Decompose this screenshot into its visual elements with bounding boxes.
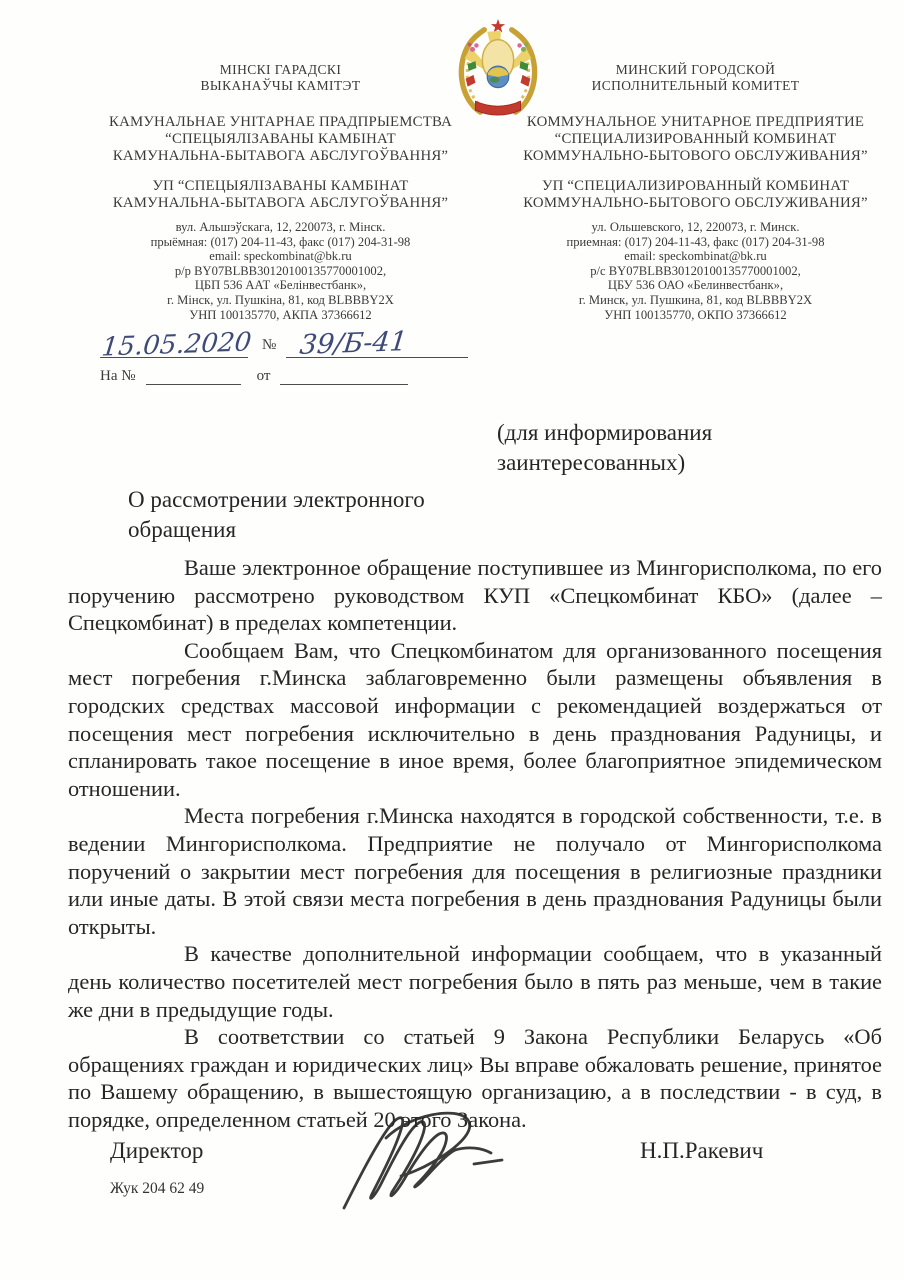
- executor-contact: Жук 204 62 49: [110, 1180, 204, 1198]
- address-line: ЦБУ 536 ОАО «Белинвестбанк»,: [498, 278, 893, 293]
- committee-line: ВЫКАНАЎЧЫ КАМІТЭТ: [83, 78, 478, 94]
- company-line: “СПЕЦЫЯЛІЗАВАНЫ КАМБІНАТ: [83, 131, 478, 148]
- address-line: прыёмная: (017) 204-11-43, факс (017) 20…: [83, 235, 478, 250]
- address-line: ЦБП 536 ААТ «Белінвестбанк»,: [83, 278, 478, 293]
- from-label: от: [257, 368, 271, 385]
- date-number-row: 15.05.2020№39/Б-41: [100, 326, 520, 362]
- note-line: заинтересованных): [497, 448, 712, 478]
- address-line: г. Мінск, ул. Пушкіна, 81, код BLBBBY2X: [83, 293, 478, 308]
- company-short-name-ru: УП “СПЕЦИАЛИЗИРОВАННЫЙ КОМБИНАТ КОММУНАЛ…: [498, 178, 893, 212]
- address-line: р/р BY07BLBB30120100135770001002,: [83, 264, 478, 279]
- date-underline: 15.05.2020: [100, 327, 248, 358]
- company-line: “СПЕЦИАЛИЗИРОВАННЫЙ КОМБИНАТ: [498, 131, 893, 148]
- company-line: КОММУНАЛЬНО-БЫТОВОГО ОБСЛУЖИВАНИЯ”: [498, 148, 893, 165]
- address-line: р/с BY07BLBB30120100135770001002,: [498, 264, 893, 279]
- address-line: УНП 100135770, АКПА 37366612: [83, 308, 478, 323]
- from-date-underline: [280, 384, 408, 385]
- committee-line: МИНСКИЙ ГОРОДСКОЙ: [498, 62, 893, 78]
- body-paragraph: Сообщаем Вам, что Спецкомбинатом для орг…: [68, 637, 882, 803]
- subject-line: О рассмотрении электронного: [128, 485, 425, 515]
- signature-scribble: [328, 1106, 508, 1224]
- company-short-line: КОММУНАЛЬНО-БЫТОВОГО ОБСЛУЖИВАНИЯ”: [498, 195, 893, 212]
- company-name-by: КАМУНАЛЬНАЕ УНІТАРНАЕ ПРАДПРЫЕМСТВА “СПЕ…: [83, 114, 478, 165]
- subject-line: обращения: [128, 515, 425, 545]
- handwritten-number: 39/Б-41: [298, 326, 409, 361]
- address-line: email: speckombinat@bk.ru: [83, 249, 478, 264]
- reply-number-underline: [146, 384, 241, 385]
- company-short-line: КАМУНАЛЬНА-БЫТАВОГА АБСЛУГОЎВАННЯ”: [83, 195, 478, 212]
- body-paragraph: Ваше электронное обращение поступившее и…: [68, 554, 882, 637]
- address-block-ru: ул. Ольшевского, 12, 220073, г. Минск. п…: [498, 220, 893, 322]
- recipient-note: (для информирования заинтересованных): [497, 418, 712, 478]
- body-paragraph: В качестве дополнительной информации соо…: [68, 940, 882, 1023]
- address-line: email: speckombinat@bk.ru: [498, 249, 893, 264]
- committee-line: ИСПОЛНИТЕЛЬНЫЙ КОМИТЕТ: [498, 78, 893, 94]
- document-page: МІНСКІ ГАРАДСКІ ВЫКАНАЎЧЫ КАМІТЭТ КАМУНА…: [0, 0, 904, 1280]
- reply-label: На №: [100, 368, 136, 385]
- committee-line: МІНСКІ ГАРАДСКІ: [83, 62, 478, 78]
- committee-name-by: МІНСКІ ГАРАДСКІ ВЫКАНАЎЧЫ КАМІТЭТ: [83, 62, 478, 93]
- letterhead-right-column: МИНСКИЙ ГОРОДСКОЙ ИСПОЛНИТЕЛЬНЫЙ КОМИТЕТ…: [498, 62, 893, 322]
- reference-block: 15.05.2020№39/Б-41 На №от: [100, 326, 520, 385]
- letter-body: Ваше электронное обращение поступившее и…: [68, 554, 882, 1133]
- address-line: ул. Ольшевского, 12, 220073, г. Минск.: [498, 220, 893, 235]
- address-line: УНП 100135770, ОКПО 37366612: [498, 308, 893, 323]
- company-name-ru: КОММУНАЛЬНОЕ УНИТАРНОЕ ПРЕДПРИЯТИЕ “СПЕЦ…: [498, 114, 893, 165]
- company-line: КАМУНАЛЬНА-БЫТАВОГА АБСЛУГОЎВАННЯ”: [83, 148, 478, 165]
- number-label: №: [262, 337, 276, 354]
- letter-subject: О рассмотрении электронного обращения: [128, 485, 425, 545]
- address-block-by: вул. Альшэўскага, 12, 220073, г. Мінск. …: [83, 220, 478, 322]
- note-line: (для информирования: [497, 418, 712, 448]
- company-line: КАМУНАЛЬНАЕ УНІТАРНАЕ ПРАДПРЫЕМСТВА: [83, 114, 478, 131]
- handwritten-date: 15.05.2020: [100, 327, 253, 362]
- number-underline: 39/Б-41: [286, 326, 468, 358]
- letterhead-left-column: МІНСКІ ГАРАДСКІ ВЫКАНАЎЧЫ КАМІТЭТ КАМУНА…: [83, 62, 478, 322]
- company-short-line: УП “СПЕЦИАЛИЗИРОВАННЫЙ КОМБИНАТ: [498, 178, 893, 195]
- reply-reference-row: На №от: [100, 368, 520, 385]
- committee-name-ru: МИНСКИЙ ГОРОДСКОЙ ИСПОЛНИТЕЛЬНЫЙ КОМИТЕТ: [498, 62, 893, 93]
- signer-position: Директор: [110, 1138, 203, 1164]
- company-short-line: УП “СПЕЦЫЯЛІЗАВАНЫ КАМБІНАТ: [83, 178, 478, 195]
- company-line: КОММУНАЛЬНОЕ УНИТАРНОЕ ПРЕДПРИЯТИЕ: [498, 114, 893, 131]
- address-line: приемная: (017) 204-11-43, факс (017) 20…: [498, 235, 893, 250]
- body-paragraph: Места погребения г.Минска находятся в го…: [68, 802, 882, 940]
- address-line: вул. Альшэўскага, 12, 220073, г. Мінск.: [83, 220, 478, 235]
- signer-name: Н.П.Ракевич: [640, 1138, 763, 1164]
- company-short-name-by: УП “СПЕЦЫЯЛІЗАВАНЫ КАМБІНАТ КАМУНАЛЬНА-Б…: [83, 178, 478, 212]
- address-line: г. Минск, ул. Пушкина, 81, код BLBBBY2X: [498, 293, 893, 308]
